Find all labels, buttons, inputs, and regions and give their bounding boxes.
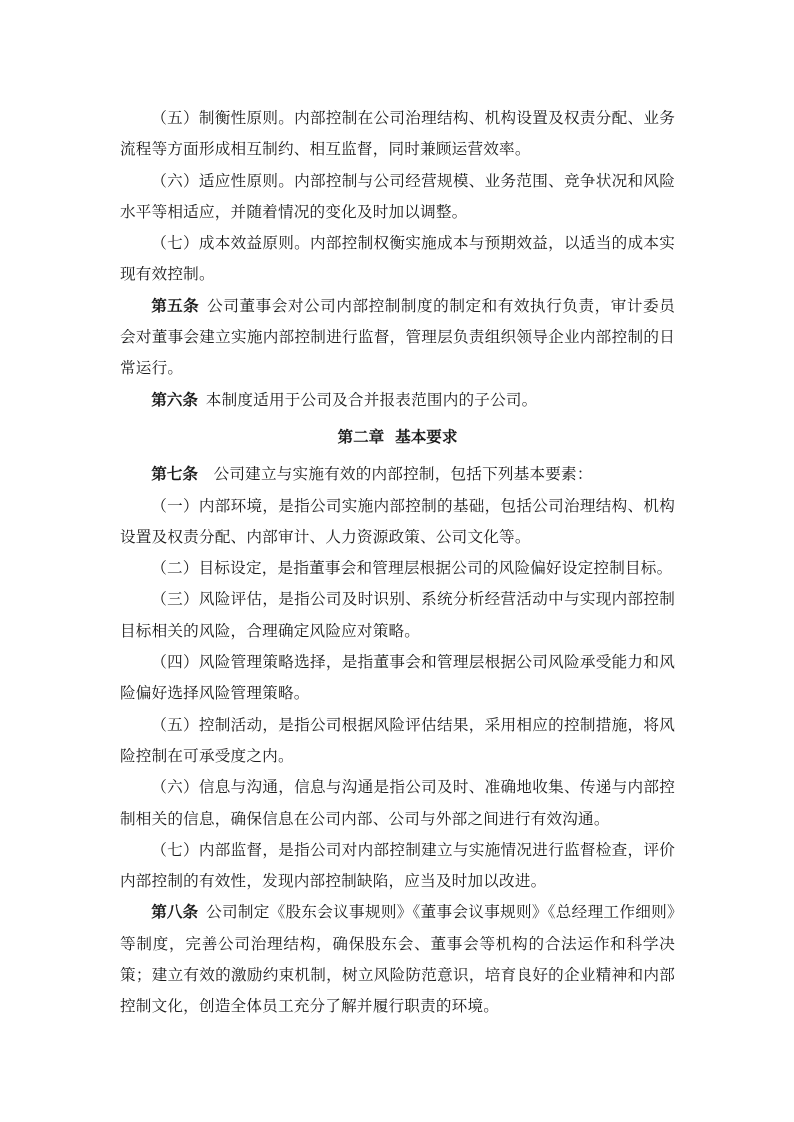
principle-item-5: （五）制衡性原则。内部控制在公司治理结构、机构设置及权责分配、业务流程等方面形成…	[120, 103, 675, 166]
article-7-text: 公司建立与实施有效的内部控制，包括下列基本要素：	[214, 465, 593, 483]
article-7: 第七条公司建立与实施有效的内部控制，包括下列基本要素：	[120, 459, 675, 490]
element-item-3: （三）风险评估，是指公司及时识别、系统分析经营活动中与实现内部控制目标相关的风险…	[120, 584, 675, 647]
article-5: 第五条公司董事会对公司内部控制制度的制定和有效执行负责，审计委员会对董事会建立实…	[120, 291, 675, 385]
article-6-label: 第六条	[151, 391, 198, 409]
element-item-5: （五）控制活动，是指公司根据风险评估结果，采用相应的控制措施，将风险控制在可承受…	[120, 710, 675, 773]
element-item-4: （四）风险管理策略选择，是指董事会和管理层根据公司风险承受能力和风险偏好选择风险…	[120, 647, 675, 710]
article-6-text: 本制度适用于公司及合并报表范围内的子公司。	[206, 391, 538, 409]
chapter-title: 第二章 基本要求	[120, 422, 675, 453]
article-8-text: 公司制定《股东会议事规则》《董事会议事规则》《总经理工作细则》等制度，完善公司治…	[120, 903, 675, 1015]
principle-item-6: （六）适应性原则。内部控制与公司经营规模、业务范围、竞争状况和风险水平等相适应，…	[120, 166, 675, 229]
element-item-2: （二）目标设定，是指董事会和管理层根据公司的风险偏好设定控制目标。	[120, 553, 675, 584]
document-page: （五）制衡性原则。内部控制在公司治理结构、机构设置及权责分配、业务流程等方面形成…	[120, 103, 675, 1023]
article-6: 第六条本制度适用于公司及合并报表范围内的子公司。	[120, 385, 675, 416]
element-item-6: （六）信息与沟通，信息与沟通是指公司及时、准确地收集、传递与内部控制相关的信息，…	[120, 772, 675, 835]
article-5-text: 公司董事会对公司内部控制制度的制定和有效执行负责，审计委员会对董事会建立实施内部…	[120, 297, 675, 378]
element-item-7: （七）内部监督，是指公司对内部控制建立与实施情况进行监督检查，评价内部控制的有效…	[120, 835, 675, 898]
article-8-label: 第八条	[151, 903, 198, 921]
article-8: 第八条公司制定《股东会议事规则》《董事会议事规则》《总经理工作细则》等制度，完善…	[120, 897, 675, 1022]
article-7-label: 第七条	[151, 465, 198, 483]
principle-item-7: （七）成本效益原则。内部控制权衡实施成本与预期效益，以适当的成本实现有效控制。	[120, 228, 675, 291]
article-5-label: 第五条	[151, 297, 199, 315]
element-item-1: （一）内部环境，是指公司实施内部控制的基础，包括公司治理结构、机构设置及权责分配…	[120, 491, 675, 554]
